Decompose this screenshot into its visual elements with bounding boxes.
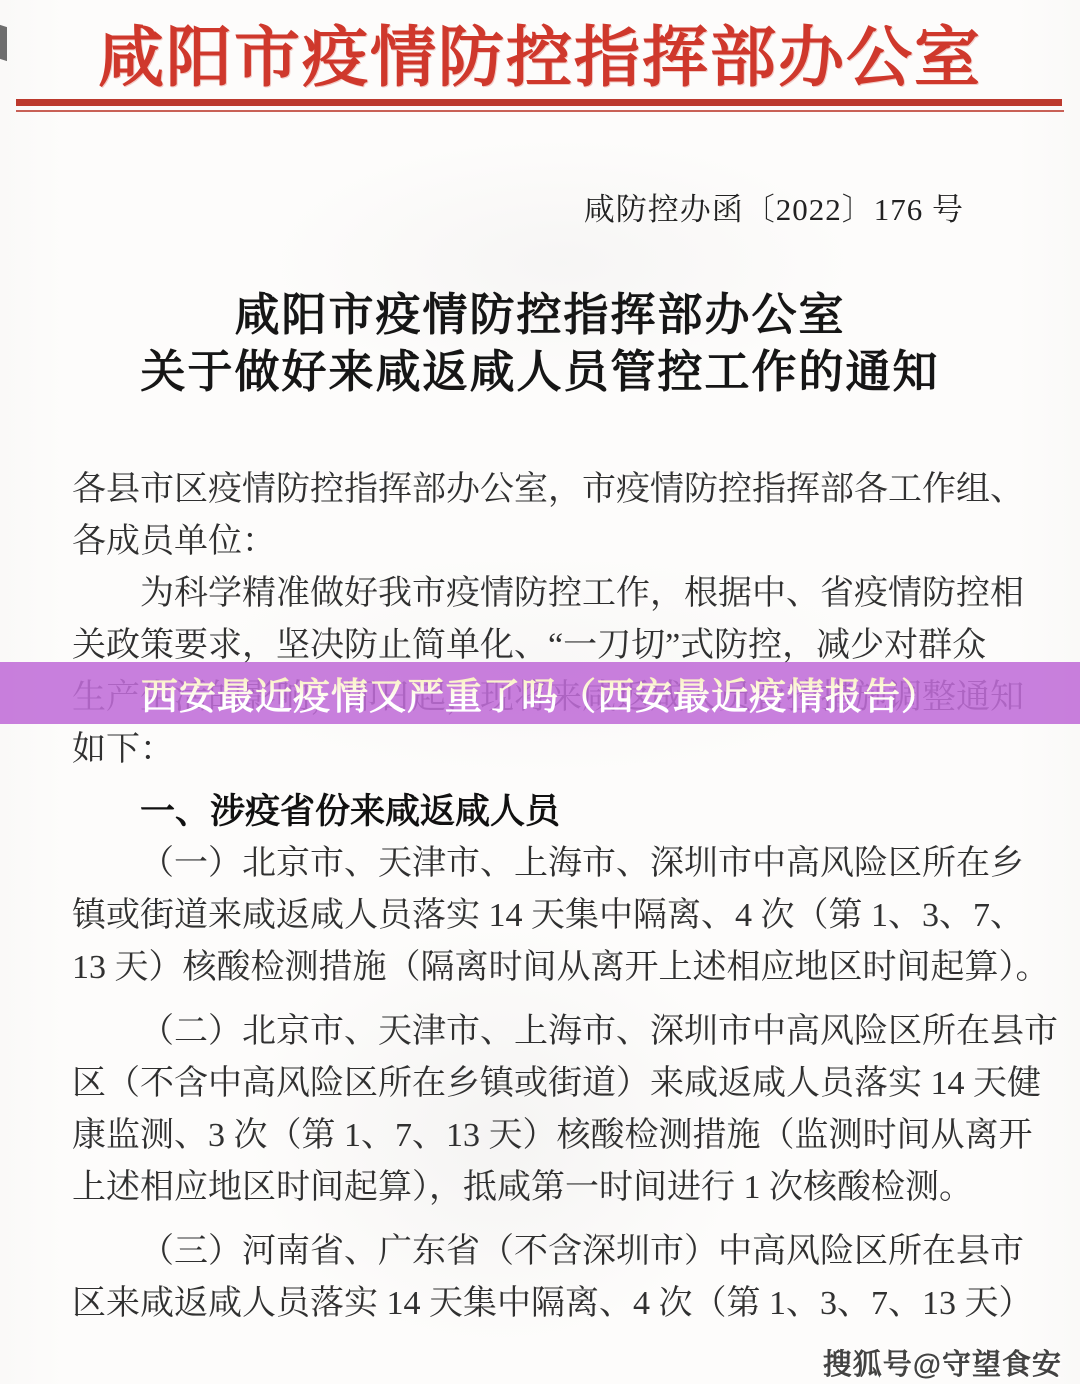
document-body: 各县市区疫情防控指挥部办公室，市疫情防控指挥部各工作组、 各成员单位： 为科学精… xyxy=(72,464,1020,1330)
section-heading-1: 一、涉疫省份来咸返咸人员 xyxy=(72,786,1020,838)
letterhead-rule-thick xyxy=(16,99,1062,106)
body-line-salutation-1: 各县市区疫情防控指挥部办公室，市疫情防控指挥部各工作组、 xyxy=(72,464,1020,516)
body-line-para1-4: 如下： xyxy=(72,724,1020,776)
letterhead-org-name: 咸阳市疫情防控指挥部办公室 xyxy=(0,4,1080,99)
article-title-overlay-banner: 西安最近疫情又严重了吗（西安最近疫情报告） xyxy=(0,662,1080,724)
letterhead-rule-thin xyxy=(16,110,1064,112)
document-number: 咸防控办函〔2022〕176 号 xyxy=(584,184,964,229)
notice-title: 咸阳市疫情防控指挥部办公室 关于做好来咸返咸人员管控工作的通知 xyxy=(0,287,1080,401)
notice-title-line2: 关于做好来咸返咸人员管控工作的通知 xyxy=(0,344,1080,401)
body-line-salutation-2: 各成员单位： xyxy=(72,516,1020,568)
body-line-item1-3: 13 天）核酸检测措施（隔离时间从离开上述相应地区时间起算）。 xyxy=(72,942,1020,994)
scanned-document-page: 咸阳市疫情防控指挥部办公室 咸防控办函〔2022〕176 号 咸阳市疫情防控指挥… xyxy=(0,0,1080,1384)
body-line-item2-4: 上述相应地区时间起算），抵咸第一时间进行 1 次核酸检测。 xyxy=(72,1162,1020,1214)
article-title-text: 西安最近疫情又严重了吗（西安最近疫情报告） xyxy=(141,666,939,720)
body-line-item3-1: （三）河南省、广东省（不含深圳市）中高风险区所在县市 xyxy=(72,1226,1020,1278)
body-line-item1-2: 镇或街道来咸返咸人员落实 14 天集中隔离、4 次（第 1、3、7、 xyxy=(72,890,1020,942)
body-line-item1-1: （一）北京市、天津市、上海市、深圳市中高风险区所在乡 xyxy=(72,838,1020,890)
sohu-account-watermark: 搜狐号@守望食安 xyxy=(823,1342,1062,1383)
body-line-item3-2: 区来咸返咸人员落实 14 天集中隔离、4 次（第 1、3、7、13 天） xyxy=(72,1278,1020,1330)
body-line-item2-3: 康监测、3 次（第 1、7、13 天）核酸检测措施（监测时间从离开 xyxy=(72,1110,1020,1162)
notice-title-line1: 咸阳市疫情防控指挥部办公室 xyxy=(0,287,1080,344)
body-line-para1-1: 为科学精准做好我市疫情防控工作，根据中、省疫情防控相 xyxy=(72,568,1020,620)
body-line-item2-1: （二）北京市、天津市、上海市、深圳市中高风险区所在县市 xyxy=(72,1006,1020,1058)
body-line-item2-2: 区（不含中高风险区所在乡镇或街道）来咸返咸人员落实 14 天健 xyxy=(72,1058,1020,1110)
